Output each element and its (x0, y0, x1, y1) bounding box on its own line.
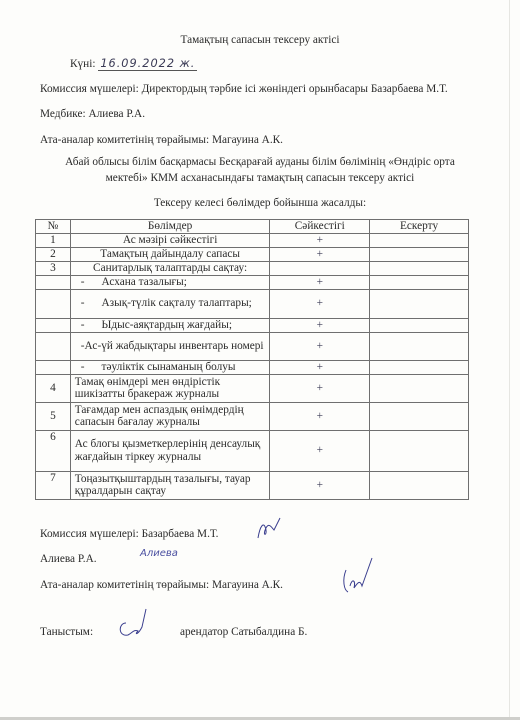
subtitle-line-1: Абай облысы білім басқармасы Бесқарағай … (0, 156, 520, 169)
row-number: 5 (36, 402, 71, 430)
signature-mark-tenant (112, 605, 150, 641)
row-number: 4 (36, 374, 71, 402)
row-compliance-mark: + (270, 402, 370, 430)
row-compliance-mark: + (270, 247, 370, 261)
checklist-table: № Бөлімдер Сәйкестігі Ескерту 1 Ас мәзір… (35, 219, 469, 500)
row-note (370, 332, 469, 360)
document-title: Тамақтың сапасын тексеру актісі (0, 34, 520, 47)
row-note (370, 374, 469, 402)
intro-text: Тексеру келесі бөлімдер бойынша жасалды: (0, 197, 520, 210)
row-compliance-mark: + (270, 318, 370, 332)
header-note: Ескерту (370, 220, 469, 234)
row-section: - Азық-түлік сақталу талаптары; (70, 289, 270, 318)
row-section: Ас блогы қызметкерлерінің денсаулық жағд… (70, 430, 270, 471)
date-label: Күні: (70, 58, 96, 70)
row-compliance-mark: + (270, 374, 370, 402)
acknowledged-label: Таныстым: (40, 626, 93, 639)
row-note (370, 360, 469, 374)
row-compliance-mark: + (270, 275, 370, 289)
row-note (370, 289, 469, 318)
row-number: 2 (36, 247, 71, 261)
signature-parents-committee: Ата-аналар комитетінің төрайымы: Магауин… (40, 579, 283, 592)
tenant-name: арендатор Сатыбалдина Б. (180, 626, 307, 639)
row-note (370, 261, 469, 275)
row-note (370, 430, 469, 471)
table-row: 4 Тамақ өнімдері мен өндірістік шикізатт… (36, 374, 469, 402)
row-section: Тамақтың дайындалу сапасы (70, 247, 270, 261)
page-edge (509, 0, 510, 720)
table-row: 5 Тағамдар мен аспаздық өнімдердің сапас… (36, 402, 469, 430)
header-number: № (36, 220, 71, 234)
subtitle-line-2: мектебі» КММ асханасындағы тамақтың сапа… (0, 172, 520, 185)
row-compliance-mark (270, 261, 370, 275)
row-number (36, 275, 71, 289)
row-number (36, 360, 71, 374)
table-row: - тәуліктік сынаманың болуы + (36, 360, 469, 374)
row-number: 6 (36, 430, 71, 471)
table-row: -Ас-үй жабдықтары инвентарь номері + (36, 332, 469, 360)
signature-mark-commission (252, 514, 286, 544)
header-sections: Бөлімдер (70, 220, 270, 234)
row-section: - Ыдыс-аяқтардың жағдайы; (70, 318, 270, 332)
row-compliance-mark: + (270, 430, 370, 471)
row-compliance-mark: + (270, 332, 370, 360)
row-number: 7 (36, 471, 71, 499)
commission-line: Комиссия мүшелері: Директордың тәрбие іс… (40, 83, 448, 96)
table-row: 7 Тоңазытқыштардың тазалығы, тауар құрал… (36, 471, 469, 499)
row-note (370, 247, 469, 261)
row-section: Ас мәзірі сәйкестігі (70, 234, 270, 248)
row-note (370, 275, 469, 289)
signature-mark-parents (338, 556, 378, 598)
table-row: 3 Санитарлық талаптарды сақтау: (36, 261, 469, 275)
row-note (370, 402, 469, 430)
row-compliance-mark: + (270, 234, 370, 248)
signature-nurse: Алиева Р.А. (40, 553, 97, 566)
row-note (370, 234, 469, 248)
row-number (36, 332, 71, 360)
row-section: - тәуліктік сынаманың болуы (70, 360, 270, 374)
row-number: 3 (36, 261, 71, 275)
table-row: 1 Ас мәзірі сәйкестігі + (36, 234, 469, 248)
row-compliance-mark: + (270, 360, 370, 374)
table-row: - Азық-түлік сақталу талаптары; + (36, 289, 469, 318)
row-compliance-mark: + (270, 471, 370, 499)
row-compliance-mark: + (270, 289, 370, 318)
row-number (36, 318, 71, 332)
table-header-row: № Бөлімдер Сәйкестігі Ескерту (36, 220, 469, 234)
table-row: 2 Тамақтың дайындалу сапасы + (36, 247, 469, 261)
row-number (36, 289, 71, 318)
date-value: 16.09.2022 ж. (98, 57, 197, 71)
row-section: Тамақ өнімдері мен өндірістік шикізатты … (70, 374, 270, 402)
parents-committee-line: Ата-аналар комитетінің төрайымы: Магауин… (40, 134, 283, 147)
signature-commission: Комиссия мүшелері: Базарбаева М.Т. (40, 528, 219, 541)
table-row: 6 Ас блогы қызметкерлерінің денсаулық жа… (36, 430, 469, 471)
row-section: Санитарлық талаптарды сақтау: (70, 261, 270, 275)
row-section: Тағамдар мен аспаздық өнімдердің сапасын… (70, 402, 270, 430)
row-note (370, 318, 469, 332)
row-section: - Асхана тазалығы; (70, 275, 270, 289)
signature-mark-nurse: Алиева (140, 547, 178, 560)
row-section: Тоңазытқыштардың тазалығы, тауар құралда… (70, 471, 270, 499)
row-note (370, 471, 469, 499)
row-number: 1 (36, 234, 71, 248)
table-row: - Асхана тазалығы; + (36, 275, 469, 289)
date-row: Күні: 16.09.2022 ж. (70, 57, 197, 71)
header-compliance: Сәйкестігі (270, 220, 370, 234)
row-section: -Ас-үй жабдықтары инвентарь номері (70, 332, 270, 360)
nurse-line: Медбике: Алиева Р.А. (40, 108, 145, 121)
table-row: - Ыдыс-аяқтардың жағдайы; + (36, 318, 469, 332)
